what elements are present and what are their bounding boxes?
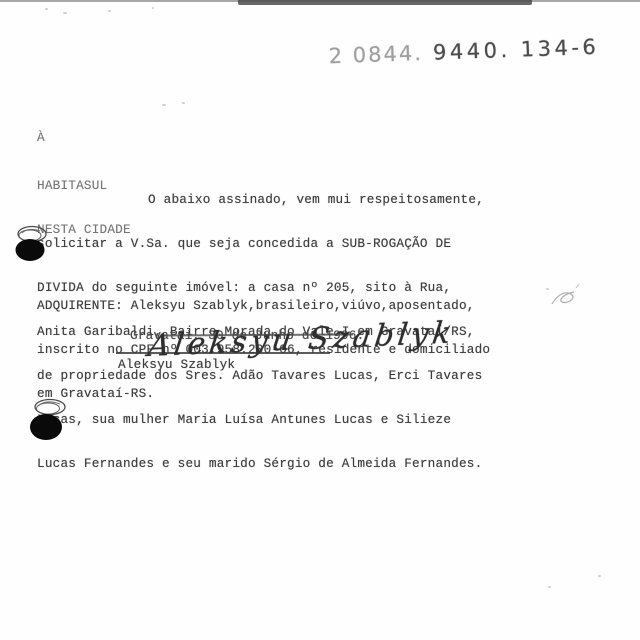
scan-speck [598,575,601,577]
scan-speck [152,7,154,9]
body-line: O abaixo assinado, vem mui respeitosamen… [37,193,484,207]
scan-speck [108,10,111,12]
scan-edge-artifact [238,0,532,5]
scan-speck [63,12,67,14]
scan-speck [45,8,48,10]
scanned-document-page: 2 0844. 9440. 134-6 À HABITASUL NESTA CI… [0,0,640,640]
handwritten-number-dark-part: 9440. 134-6 [422,35,599,65]
handwritten-number-faint-part: 2 0844. [328,41,423,68]
handwritten-reference-number: 2 0844. 9440. 134-6 [301,11,601,93]
scan-speck [182,102,185,104]
scan-speck [162,104,166,106]
ink-blob-stamp [8,222,56,264]
body-line: ADQUIRENTE: Aleksyu Szablyk,brasileiro,v… [37,299,490,313]
scan-speck [548,586,551,588]
recipient-salutation: À [37,131,131,145]
body-line: solicitar a V.Sa. que seja concedida a S… [37,237,484,251]
ink-blob-stamp [20,396,74,444]
signature-typed-name: Aleksyu Szablyk [118,357,235,372]
body-line: Lucas Fernandes e seu marido Sérgio de A… [37,457,484,471]
pen-scribble [548,282,590,314]
body-line: em Gravataí-RS. [37,387,490,401]
